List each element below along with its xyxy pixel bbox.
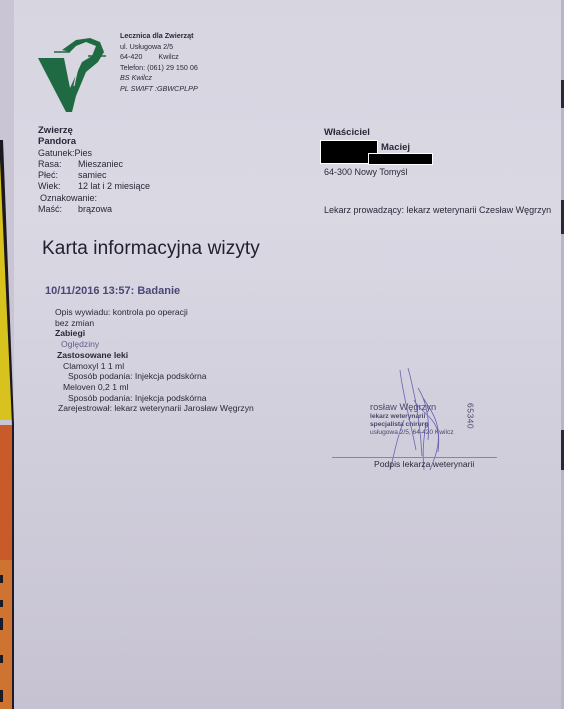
vet-clinic-logo-icon — [36, 36, 108, 114]
clinic-postcode-city: 64-420Kwilcz — [120, 52, 198, 63]
clinic-postcode: 64-420 — [120, 52, 142, 61]
clinic-street: ul. Usługowa 2/5 — [120, 42, 198, 53]
visit-interview-cont: bez zmian — [55, 318, 254, 329]
animal-field-breed: Rasa:Mieszaniec — [38, 159, 150, 170]
signature-block: rosław Węgrzyn lekarz weterynarii specja… — [330, 360, 500, 480]
visit-header: 10/11/2016 13:57: Badanie — [45, 285, 180, 297]
doctor-stamp: rosław Węgrzyn lekarz weterynarii specja… — [370, 403, 454, 437]
owner-section: Właściciel Maciej 64-300 Nowy Tomyśl Lek… — [324, 127, 560, 138]
owner-address: 64-300 Nowy Tomyśl — [324, 167, 407, 178]
procedure-item: Oględziny — [55, 339, 254, 350]
stamp-license-number: 65340 — [465, 403, 475, 429]
redaction-box — [369, 154, 432, 164]
medication-name: Clamoxyl 1 1 ml — [55, 361, 254, 372]
owner-section-title: Właściciel — [324, 127, 560, 138]
clinic-phone: Telefon: (061) 29 150 06 — [120, 63, 198, 74]
stamp-title: lekarz weterynarii — [370, 413, 454, 421]
attending-doctor: Lekarz prowadzący: lekarz weterynarii Cz… — [324, 205, 551, 216]
animal-field-species: Gatunek:Pies — [38, 148, 150, 159]
page-title: Karta informacyjna wizyty — [42, 238, 260, 260]
animal-field-color: Maść:brązowa — [38, 204, 150, 215]
animal-field-marking: Oznakowanie: — [38, 193, 150, 204]
animal-name: Pandora — [38, 136, 150, 147]
animal-field-age: Wiek:12 lat i 2 miesiące — [38, 181, 150, 192]
registered-by: Zarejestrował: lekarz weterynarii Jarosł… — [55, 403, 254, 414]
signature-line — [332, 457, 497, 458]
visit-interview: Opis wywiadu: kontrola po operacji — [55, 307, 254, 318]
procedures-title: Zabiegi — [55, 328, 254, 339]
owner-first-name: Maciej — [381, 142, 410, 153]
stamp-address: usługowa 2/5, 64-420 Kwilcz — [370, 429, 454, 437]
clinic-info: Lecznica dla Zwierząt ul. Usługowa 2/5 6… — [120, 31, 198, 94]
clinic-name: Lecznica dla Zwierząt — [120, 31, 198, 42]
medication-route: Sposób podania: Injekcja podskórna — [55, 393, 254, 404]
stamp-name: rosław Węgrzyn — [370, 403, 454, 413]
animal-field-sex: Płeć:samiec — [38, 170, 150, 181]
animal-section: Zwierzę Pandora Gatunek:Pies Rasa:Miesza… — [38, 125, 150, 215]
clinic-swift: PL SWIFT :GBWCPLPP — [120, 84, 198, 95]
stamp-specialty: specjalista chirurg — [370, 421, 454, 429]
signature-caption: Podpis lekarza weterynarii — [374, 459, 474, 469]
medication-route: Sposób podania: Injekcja podskórna — [55, 371, 254, 382]
visit-details: Opis wywiadu: kontrola po operacji bez z… — [55, 307, 254, 414]
animal-section-title: Zwierzę — [38, 125, 150, 136]
clinic-bank: BS Kwilcz — [120, 73, 198, 84]
medication-name: Meloven 0,2 1 ml — [55, 382, 254, 393]
medications-title: Zastosowane leki — [55, 350, 254, 361]
clinic-city: Kwilcz — [158, 52, 178, 63]
